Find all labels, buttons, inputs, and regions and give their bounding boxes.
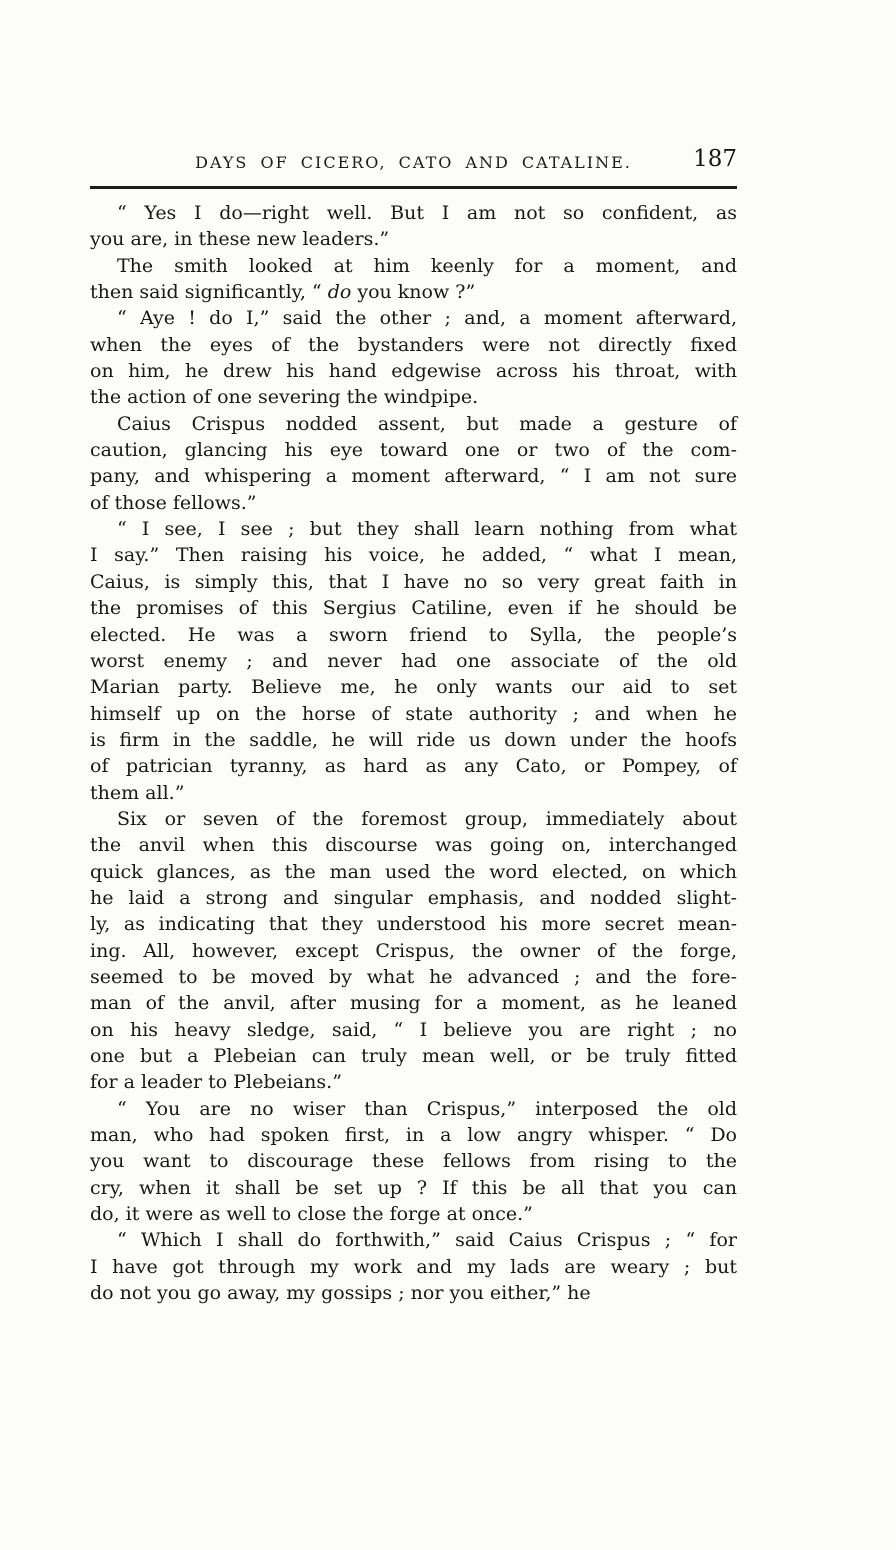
- text-segment: himself up on the horse of state authori…: [90, 703, 737, 725]
- text-segment: do not you go away, my gossips ; nor you…: [90, 1282, 591, 1304]
- text-segment: I have got through my work and my lads a…: [90, 1256, 737, 1278]
- text-line: cry, when it shall be set up ? If this b…: [90, 1175, 737, 1201]
- text-line: the anvil when this discourse was going …: [90, 832, 737, 858]
- text-line: himself up on the horse of state authori…: [90, 701, 737, 727]
- text-line: the promises of this Sergius Catiline, e…: [90, 595, 737, 621]
- text-line: caution, glancing his eye toward one or …: [90, 437, 737, 463]
- text-segment: the promises of this Sergius Catiline, e…: [90, 597, 737, 619]
- text-line: “ Yes I do—right well. But I am not so c…: [90, 200, 737, 226]
- text-line: for a leader to Plebeians.”: [90, 1069, 737, 1095]
- text-segment: “ Aye ! do I,” said the other ; and, a m…: [117, 307, 737, 329]
- running-head-title: DAYS OF CICERO, CATO AND CATALINE.: [195, 153, 632, 172]
- text-segment: them all.”: [90, 782, 184, 804]
- text-line: is firm in the saddle, he will ride us d…: [90, 727, 737, 753]
- text-line: on him, he drew his hand edgewise across…: [90, 358, 737, 384]
- text-segment: he laid a strong and singular emphasis, …: [90, 887, 737, 909]
- text-segment: ing. All, however, except Crispus, the o…: [90, 940, 737, 962]
- text-line: do, it were as well to close the forge a…: [90, 1201, 737, 1227]
- text-segment: you know ?”: [351, 281, 475, 303]
- text-line: quick glances, as the man used the word …: [90, 859, 737, 885]
- text-line: Caius, is simply this, that I have no so…: [90, 569, 737, 595]
- text-segment: on his heavy sledge, said, “ I believe y…: [90, 1019, 737, 1041]
- text-line: worst enemy ; and never had one associat…: [90, 648, 737, 674]
- text-segment: Six or seven of the foremost group, imme…: [117, 808, 737, 830]
- text-line: I say.” Then raising his voice, he added…: [90, 542, 737, 568]
- paragraph: “ You are no wiser than Crispus,” interp…: [90, 1096, 737, 1228]
- paragraph: “ Which I shall do forthwith,” said Caiu…: [90, 1227, 737, 1306]
- paragraph: Caius Crispus nodded assent, but made a …: [90, 411, 737, 516]
- text-line: Six or seven of the foremost group, imme…: [90, 806, 737, 832]
- text-segment: ly, as indicating that they understood h…: [90, 913, 737, 935]
- text-segment: the action of one severing the windpipe.: [90, 386, 478, 408]
- text-line: Marian party. Believe me, he only wants …: [90, 674, 737, 700]
- text-segment: seemed to be moved by what he advanced ;…: [90, 966, 737, 988]
- text-segment: Caius Crispus nodded assent, but made a …: [117, 413, 737, 435]
- paragraph: “ Yes I do—right well. But I am not so c…: [90, 200, 737, 253]
- text-segment: you want to discourage these fellows fro…: [90, 1150, 737, 1172]
- text-segment: The smith looked at him keenly for a mom…: [117, 255, 737, 277]
- text-segment: on him, he drew his hand edgewise across…: [90, 360, 737, 382]
- text-line: seemed to be moved by what he advanced ;…: [90, 964, 737, 990]
- page-number: 187: [693, 146, 737, 172]
- text-segment: pany, and whispering a moment afterward,…: [90, 465, 737, 487]
- text-segment: caution, glancing his eye toward one or …: [90, 439, 737, 461]
- text-line: the action of one severing the windpipe.: [90, 384, 737, 410]
- text-segment: I say.” Then raising his voice, he added…: [90, 544, 737, 566]
- text-line: I have got through my work and my lads a…: [90, 1254, 737, 1280]
- text-line: them all.”: [90, 780, 737, 806]
- text-line: on his heavy sledge, said, “ I believe y…: [90, 1017, 737, 1043]
- text-line: he laid a strong and singular emphasis, …: [90, 885, 737, 911]
- text-line: “ You are no wiser than Crispus,” interp…: [90, 1096, 737, 1122]
- page-body: “ Yes I do—right well. But I am not so c…: [90, 200, 737, 1306]
- text-line: one but a Plebeian can truly mean well, …: [90, 1043, 737, 1069]
- text-segment: for a leader to Plebeians.”: [90, 1071, 342, 1093]
- text-segment: “ Which I shall do forthwith,” said Caiu…: [117, 1229, 737, 1251]
- text-segment: man of the anvil, after musing for a mom…: [90, 992, 737, 1014]
- paragraph: The smith looked at him keenly for a mom…: [90, 253, 737, 306]
- text-segment: “ I see, I see ; but they shall learn no…: [117, 518, 737, 540]
- text-line: The smith looked at him keenly for a mom…: [90, 253, 737, 279]
- text-segment: elected. He was a sworn friend to Sylla,…: [90, 624, 737, 646]
- text-line: ing. All, however, except Crispus, the o…: [90, 938, 737, 964]
- text-segment: cry, when it shall be set up ? If this b…: [90, 1177, 737, 1199]
- text-line: you want to discourage these fellows fro…: [90, 1148, 737, 1174]
- paragraph: Six or seven of the foremost group, imme…: [90, 806, 737, 1096]
- text-segment: is firm in the saddle, he will ride us d…: [90, 729, 737, 751]
- text-line: ly, as indicating that they understood h…: [90, 911, 737, 937]
- text-line: then said significantly, “ do you know ?…: [90, 279, 737, 305]
- text-segment: Marian party. Believe me, he only wants …: [90, 676, 737, 698]
- text-line: man of the anvil, after musing for a mom…: [90, 990, 737, 1016]
- text-line: you are, in these new leaders.”: [90, 226, 737, 252]
- paragraph: “ Aye ! do I,” said the other ; and, a m…: [90, 305, 737, 410]
- page-container: DAYS OF CICERO, CATO AND CATALINE. 187 “…: [90, 148, 737, 1306]
- text-segment: of those fellows.”: [90, 492, 257, 514]
- text-line: pany, and whispering a moment afterward,…: [90, 463, 737, 489]
- text-segment: the anvil when this discourse was going …: [90, 834, 737, 856]
- text-segment: you are, in these new leaders.”: [90, 228, 389, 250]
- text-segment: one but a Plebeian can truly mean well, …: [90, 1045, 737, 1067]
- text-line: “ Which I shall do forthwith,” said Caiu…: [90, 1227, 737, 1253]
- italic-text: do: [328, 281, 352, 303]
- text-segment: “ You are no wiser than Crispus,” interp…: [117, 1098, 737, 1120]
- text-line: of patrician tyranny, as hard as any Cat…: [90, 753, 737, 779]
- text-line: “ I see, I see ; but they shall learn no…: [90, 516, 737, 542]
- text-line: “ Aye ! do I,” said the other ; and, a m…: [90, 305, 737, 331]
- text-segment: “ Yes I do—right well. But I am not so c…: [117, 202, 737, 224]
- text-line: do not you go away, my gossips ; nor you…: [90, 1280, 737, 1306]
- text-segment: then said significantly, “: [90, 281, 328, 303]
- text-line: of those fellows.”: [90, 490, 737, 516]
- page-header: DAYS OF CICERO, CATO AND CATALINE. 187: [90, 148, 737, 186]
- text-segment: worst enemy ; and never had one associat…: [90, 650, 737, 672]
- text-segment: quick glances, as the man used the word …: [90, 861, 737, 883]
- text-line: man, who had spoken first, in a low angr…: [90, 1122, 737, 1148]
- text-segment: Caius, is simply this, that I have no so…: [90, 571, 737, 593]
- text-line: elected. He was a sworn friend to Sylla,…: [90, 622, 737, 648]
- text-line: when the eyes of the bystanders were not…: [90, 332, 737, 358]
- header-rule: [90, 186, 737, 189]
- paragraph: “ I see, I see ; but they shall learn no…: [90, 516, 737, 806]
- text-segment: when the eyes of the bystanders were not…: [90, 334, 737, 356]
- text-segment: man, who had spoken first, in a low angr…: [90, 1124, 737, 1146]
- text-segment: of patrician tyranny, as hard as any Cat…: [90, 755, 737, 777]
- text-segment: do, it were as well to close the forge a…: [90, 1203, 533, 1225]
- text-line: Caius Crispus nodded assent, but made a …: [90, 411, 737, 437]
